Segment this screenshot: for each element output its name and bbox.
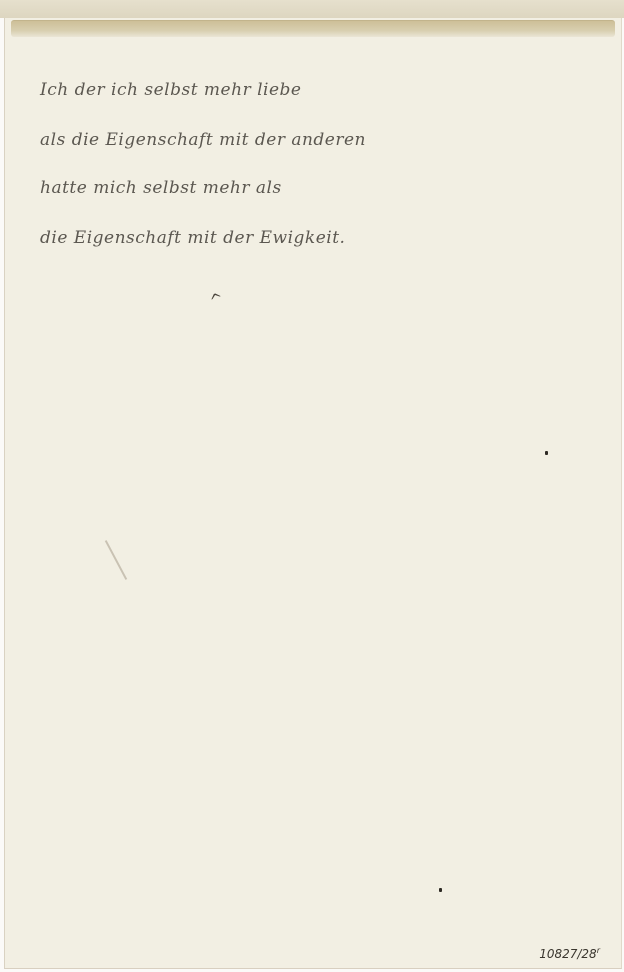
folio-number-text: 10827/28: [539, 947, 597, 961]
ink-dot: [439, 888, 442, 892]
handwritten-line-1: Ich der ich selbst mehr liebe: [40, 80, 301, 100]
notebook-page: [4, 18, 622, 969]
folio-suffix: r: [597, 946, 600, 955]
folio-number: 10827/28r: [539, 946, 600, 961]
handwritten-line-2: als die Eigenschaft mit der anderen: [40, 130, 366, 150]
notebook-top-edge: [0, 0, 624, 18]
handwritten-line-4: die Eigenschaft mit der Ewigkeit.: [40, 228, 345, 248]
ink-dot: [545, 451, 548, 455]
binding-fold: [11, 20, 615, 37]
handwritten-line-3: hatte mich selbst mehr als: [40, 178, 282, 198]
